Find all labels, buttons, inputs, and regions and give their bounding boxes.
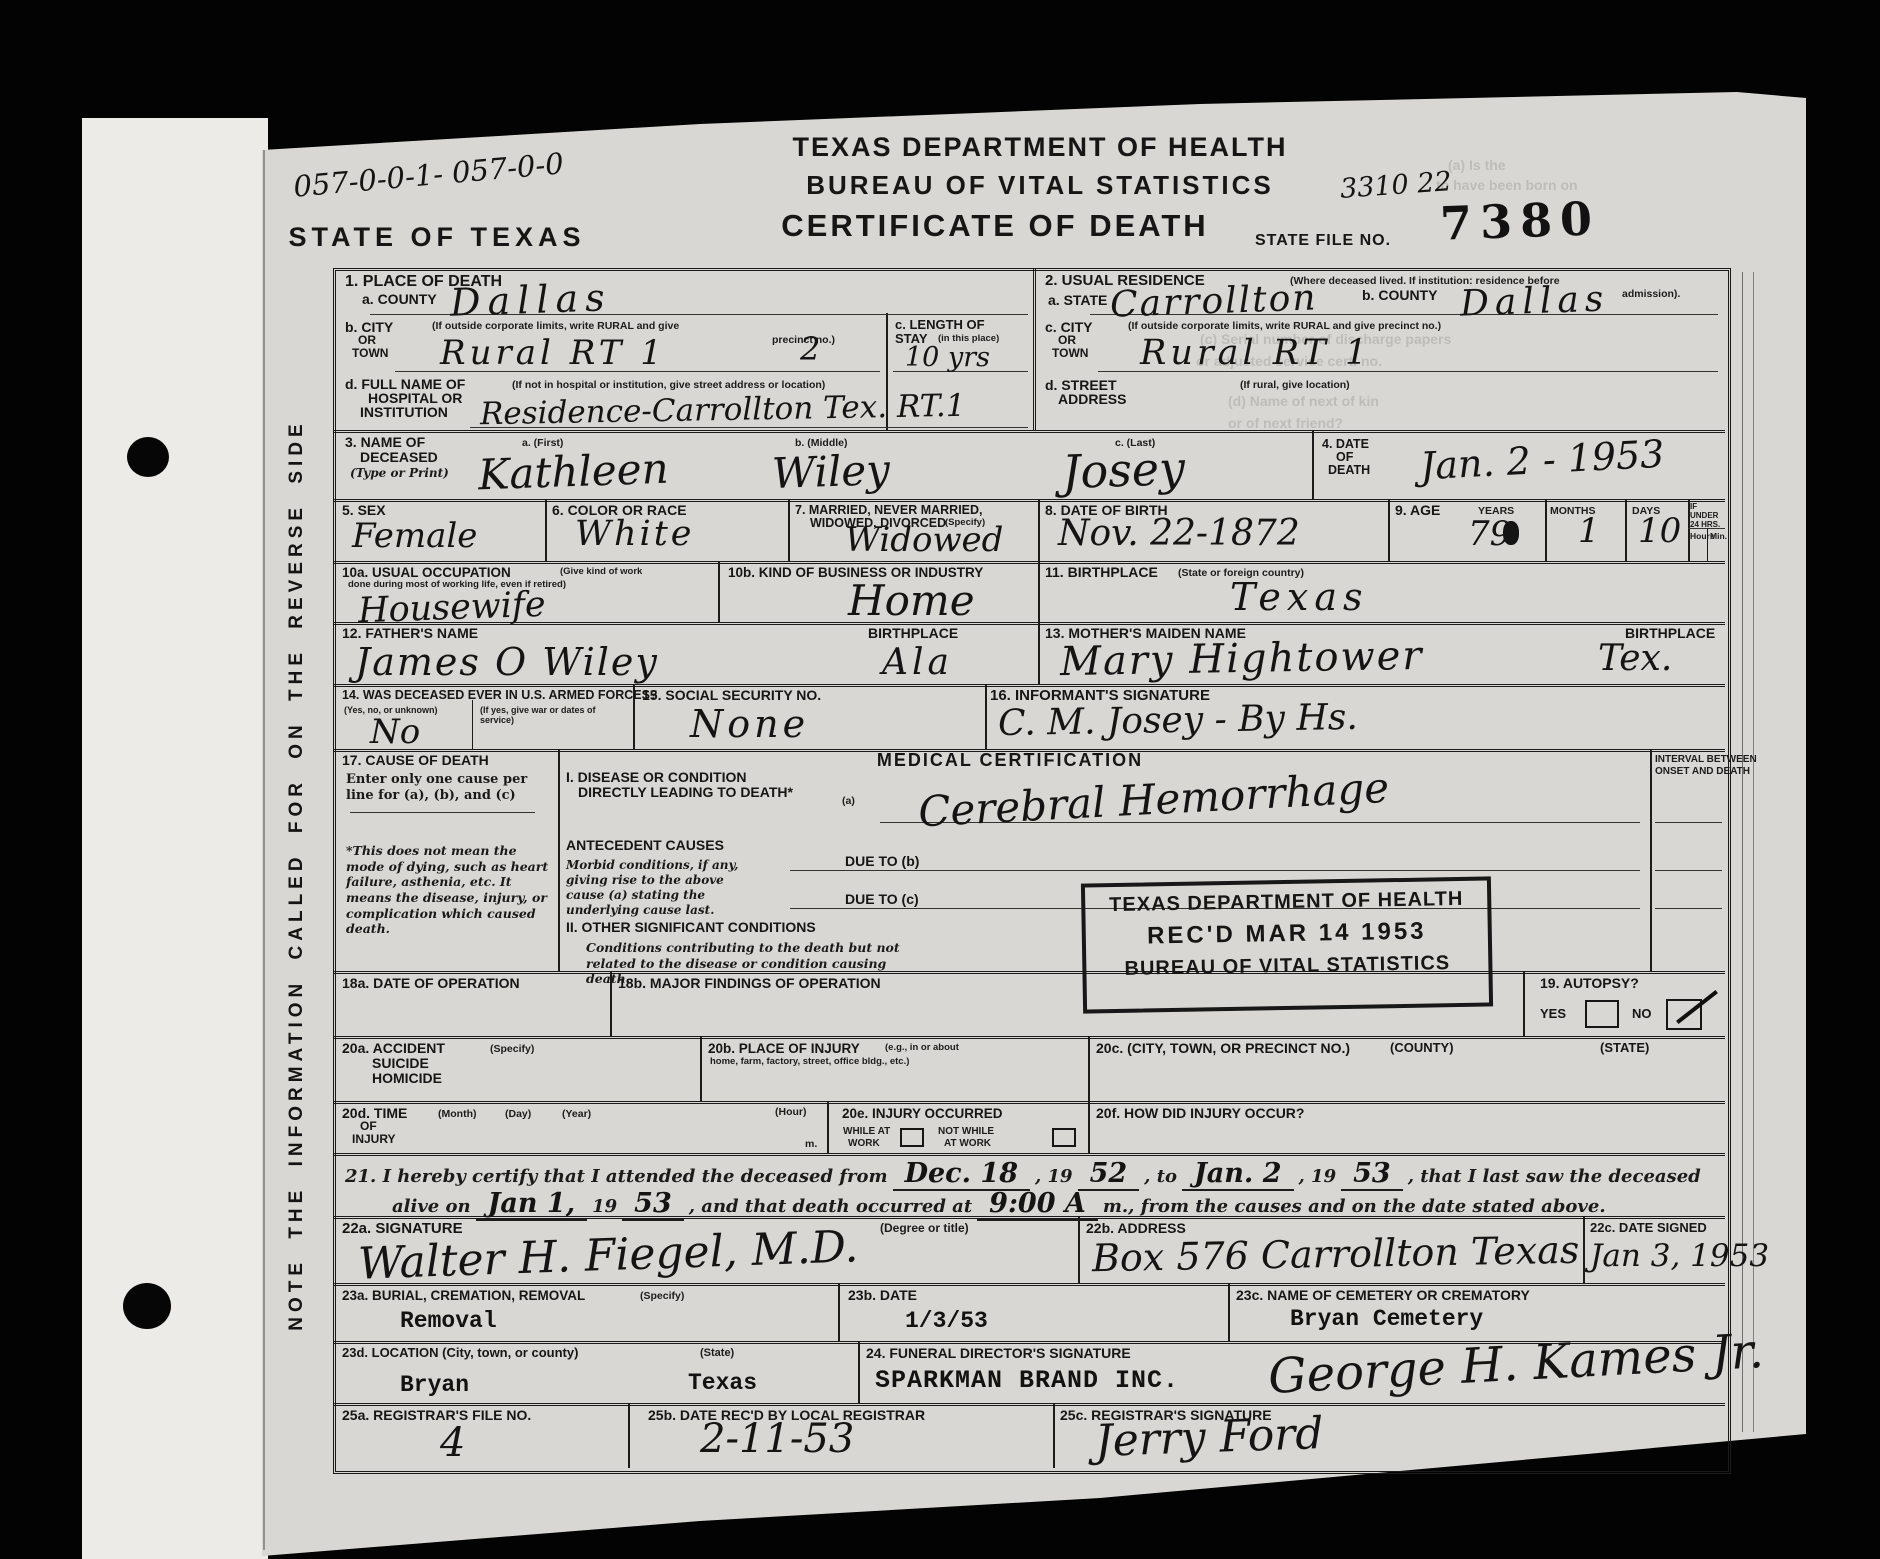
s4-label2: OF [1336, 450, 1353, 464]
s23c-label: 23c. NAME OF CEMETERY OR CREMATORY [1236, 1288, 1530, 1304]
s8-value: Nov. 22-1872 [1058, 513, 1300, 554]
s13-value: Mary Hightower [1060, 633, 1424, 685]
col-line [1053, 1403, 1055, 1468]
col-line [558, 749, 560, 971]
s10b-value: Home [848, 576, 975, 625]
s2a-value: Carrollton [1109, 277, 1318, 325]
s3-middle-value: Wiley [771, 445, 891, 498]
s17-disease-label2: DIRECTLY LEADING TO DEATH* [578, 785, 793, 801]
death-time: 9:00 A [977, 1188, 1098, 1221]
s23d-city-value: Bryan [400, 1372, 469, 1398]
s18a-label: 18a. DATE OF OPERATION [342, 976, 520, 992]
s9-label: 9. AGE [1395, 503, 1440, 519]
bureau-title: BUREAU OF VITAL STATISTICS [700, 171, 1380, 200]
s11-label: 11. BIRTHPLACE [1045, 565, 1158, 581]
s20e-notwhile: NOT WHILE [938, 1126, 994, 1138]
attended-to-date: Jan. 2 [1182, 1158, 1294, 1191]
s2d-note: (If rural, give location) [1240, 379, 1350, 391]
col-line [628, 1403, 630, 1468]
s23a-note: (Specify) [640, 1290, 684, 1302]
s9-days-value: 10 [1638, 511, 1681, 551]
ghost-text: to have been born on [1436, 176, 1578, 194]
s2c-note: (If outside corporate limits, write RURA… [1128, 320, 1441, 332]
s12-value: James O Wiley [355, 640, 659, 684]
state-file-no-value: 7380 [1439, 191, 1601, 251]
certify-text: , that I last saw the deceased [1408, 1166, 1701, 1187]
row-line [333, 1153, 1725, 1156]
s20c-county: (COUNTY) [1390, 1041, 1454, 1056]
certify-text: , 19 [1299, 1166, 1337, 1187]
s16-value: C. M. Josey - By Hs. [998, 697, 1358, 744]
col-line [827, 1101, 829, 1153]
s17-interval-label: INTERVAL BETWEEN [1655, 754, 1721, 766]
s1b-note: (If outside corporate limits, write RURA… [432, 320, 679, 332]
certify-text: , 19 [1035, 1166, 1073, 1187]
punch-hole-top [127, 437, 169, 477]
s10a-label: 10a. USUAL OCCUPATION [342, 565, 511, 580]
certify-statement-line2: alive on Jan 1, 19 53 , and that death o… [392, 1188, 1606, 1221]
s23d-state-note: (State) [700, 1347, 734, 1360]
s3-title3: (Type or Print) [350, 466, 449, 481]
col-line [545, 499, 547, 561]
page-title: CERTIFICATE OF DEATH [705, 209, 1285, 244]
s20c-label: 20c. (CITY, TOWN, OR PRECINCT NO.) [1096, 1041, 1350, 1057]
s1b-value: Rural RT 1 [440, 333, 666, 373]
s1b-label3: TOWN [352, 347, 388, 360]
while-at-work-checkbox [900, 1128, 924, 1147]
s10a-note: (Give kind of work [560, 567, 642, 578]
s2b-label: b. COUNTY [1362, 288, 1437, 304]
col-line [1038, 499, 1040, 561]
s1b-precinct: 2 [800, 330, 820, 368]
s7-label: 7. MARRIED, NEVER MARRIED, [795, 503, 983, 517]
s23d-label: 23d. LOCATION (City, town, or county) [342, 1346, 578, 1361]
s20b-note2: home, farm, factory, street, office bldg… [710, 1057, 909, 1068]
col-line [1228, 1283, 1230, 1341]
s17-morbid-note: Morbid conditions, if any, giving rise t… [566, 858, 766, 918]
s9-months-value: 1 [1578, 511, 1600, 551]
s18b-label: 18b. MAJOR FINDINGS OF OPERATION [618, 976, 881, 992]
certify-text: m., from the causes and on the date stat… [1103, 1196, 1606, 1217]
attended-from-date: Dec. 18 [893, 1158, 1030, 1191]
s2b-value: Dallas [1459, 278, 1610, 324]
s17-antecedent-label: ANTECEDENT CAUSES [566, 838, 724, 854]
s25b-value: 2-11-53 [700, 1416, 854, 1462]
col-line [1088, 1101, 1090, 1153]
s1a-label: a. COUNTY [362, 292, 437, 308]
certify-text: , and that death occurred at [689, 1196, 972, 1217]
s1d-note: (If not in hospital or institution, give… [512, 379, 825, 391]
s17-a-tag: (a) [842, 795, 855, 807]
s20e-label: 20e. INJURY OCCURRED [842, 1106, 1003, 1121]
col-line [718, 561, 720, 622]
s14-value: No [370, 712, 420, 752]
autopsy-yes-checkbox [1585, 1000, 1619, 1028]
certify-statement-line1: 21. I hereby certify that I attended the… [345, 1158, 1701, 1191]
col-line [1088, 1036, 1090, 1101]
s20b-note: (e.g., in or about [885, 1043, 959, 1054]
row-line [333, 499, 1725, 502]
col-line [1583, 1216, 1585, 1283]
s1a-value: Dallas [449, 275, 612, 325]
received-stamp: TEXAS DEPARTMENT OF HEALTH REC'D MAR 14 … [1081, 876, 1493, 1013]
s23b-value: 1/3/53 [905, 1308, 988, 1334]
s15-value: None [690, 702, 809, 746]
entry-rule [790, 870, 1640, 871]
s20a-note: (Specify) [490, 1043, 534, 1055]
punch-hole-bottom [123, 1283, 171, 1329]
s17-label: 17. CAUSE OF DEATH [342, 753, 489, 769]
row-line [333, 1403, 1725, 1406]
s3-title2: DECEASED [360, 450, 438, 466]
s20d-m: m. [805, 1138, 817, 1150]
divider [350, 812, 535, 813]
s14-note2: (If yes, give war or dates of service) [480, 705, 630, 726]
s25a-label: 25a. REGISTRAR'S FILE NO. [342, 1408, 531, 1424]
s22c-value: Jan 3, 1953 [1590, 1238, 1769, 1274]
s20e-while2: WORK [848, 1138, 880, 1150]
col-line [1523, 971, 1525, 1036]
certify-text: alive on [392, 1196, 471, 1217]
col-line [1312, 430, 1314, 499]
s25a-value: 4 [440, 1420, 465, 1466]
from-year: 52 [1078, 1158, 1140, 1191]
s17-interval-label2: ONSET AND DEATH [1655, 766, 1721, 778]
s23a-label: 23a. BURIAL, CREMATION, REMOVAL [342, 1288, 585, 1303]
s20f-label: 20f. HOW DID INJURY OCCUR? [1096, 1106, 1304, 1122]
row-line [333, 1283, 1725, 1286]
s25c-value: Jerry Ford [1094, 1408, 1324, 1467]
s11-value: Texas [1230, 575, 1368, 619]
entry-rule [1655, 822, 1722, 823]
s23b-label: 23b. DATE [848, 1288, 917, 1304]
sheet-edge-line [263, 150, 265, 1550]
col-line [1038, 622, 1040, 684]
row-line [333, 1101, 1725, 1104]
s2c-value: Rural RT 1 [1140, 333, 1371, 373]
s5-value: Female [352, 516, 477, 556]
col-line [1545, 499, 1547, 561]
s2d-label2: ADDRESS [1058, 392, 1126, 408]
certify-text: 21. I hereby certify that I attended the… [345, 1166, 888, 1187]
s19-label: 19. AUTOPSY? [1540, 976, 1639, 992]
department-title: TEXAS DEPARTMENT OF HEALTH [700, 132, 1380, 162]
scanned-death-certificate: (a) Is the to have been born on (c) Seri… [0, 0, 1880, 1559]
s20a-label3: HOMICIDE [372, 1071, 442, 1087]
s22b-value: Box 576 Carrollton Texas [1092, 1228, 1580, 1280]
stamp-line1: TEXAS DEPARTMENT OF HEALTH [1085, 889, 1487, 916]
certify-text: 19 [592, 1196, 617, 1217]
s19-yes-label: YES [1540, 1007, 1566, 1022]
last-seen-date: Jan 1, [476, 1188, 588, 1221]
s17-due-b: DUE TO (b) [845, 854, 919, 870]
medical-certification-title: MEDICAL CERTIFICATION [760, 750, 1260, 770]
col-line [1038, 561, 1040, 622]
s20d-year: (Year) [562, 1108, 591, 1120]
s20d-label3: INJURY [352, 1133, 396, 1146]
s4-label3: DEATH [1328, 463, 1370, 477]
s1d-label3: INSTITUTION [360, 405, 448, 421]
s17-footnote: *This does not mean the mode of dying, s… [346, 843, 551, 937]
s6-value: White [575, 514, 695, 554]
s23a-value: Removal [400, 1308, 497, 1334]
col-line [1650, 749, 1652, 971]
col-line [1033, 268, 1036, 430]
s1c-value: 10 yrs [905, 342, 990, 373]
reverse-side-note: NOTE THE INFORMATION CALLED FOR ON THE R… [286, 419, 308, 1330]
s20e-while: WHILE AT [843, 1126, 890, 1138]
s3-last-value: Josey [1061, 441, 1186, 499]
s24-label: 24. FUNERAL DIRECTOR'S SIGNATURE [866, 1346, 1131, 1362]
col-line [838, 1283, 840, 1341]
ghost-text: (a) Is the [1448, 156, 1506, 174]
col-line [858, 1341, 860, 1403]
s2a-label: a. STATE [1048, 293, 1107, 309]
s20b-label: 20b. PLACE OF INJURY [708, 1041, 860, 1056]
col-line [985, 684, 987, 749]
s17-due-c: DUE TO (c) [845, 892, 919, 908]
s17-other-label: II. OTHER SIGNIFICANT CONDITIONS [566, 920, 816, 936]
s24-firm-value: SPARKMAN BRAND INC. [875, 1366, 1179, 1395]
s12-bp-label: BIRTHPLACE [868, 626, 958, 642]
s3-first-value: Kathleen [477, 444, 669, 500]
stamp-line3: BUREAU OF VITAL STATISTICS [1086, 952, 1488, 979]
s20d-day: (Day) [505, 1108, 531, 1120]
s22a-note: (Degree or title) [880, 1222, 969, 1236]
s2-note2: admission). [1622, 288, 1680, 300]
s20c-state: (STATE) [1600, 1041, 1649, 1056]
col-line [472, 700, 473, 749]
s12-bp-value: Ala [882, 642, 953, 683]
s19-no-label: NO [1632, 1007, 1652, 1022]
s9-under-label: IF UNDER 24 HRS. [1690, 502, 1726, 530]
s4-label: 4. DATE [1322, 437, 1369, 451]
stamp-line2: REC'D MAR 14 1953 [1086, 918, 1488, 949]
row-line [333, 561, 1725, 564]
s20e-notwhile2: AT WORK [944, 1138, 991, 1150]
to-year: 53 [1341, 1158, 1403, 1191]
backing-sheet [82, 118, 268, 1559]
state-file-no-label: STATE FILE NO. [1255, 232, 1391, 250]
certify-text: , to [1144, 1166, 1177, 1187]
s23d-state-value: Texas [688, 1370, 757, 1396]
col-line [1388, 499, 1390, 561]
row-line [333, 971, 1725, 974]
s20d-month: (Month) [438, 1108, 476, 1120]
last-seen-year: 53 [622, 1188, 684, 1221]
s13-bp-value: Tex. [1598, 638, 1672, 679]
col-line [1625, 499, 1627, 561]
ink-blob [1503, 521, 1519, 545]
col-line [700, 1036, 702, 1101]
s2c-label3: TOWN [1052, 347, 1088, 360]
s14-label: 14. WAS DECEASED EVER IN U.S. ARMED FORC… [342, 688, 658, 702]
entry-rule [1655, 908, 1722, 909]
not-while-at-work-checkbox [1052, 1128, 1076, 1147]
s23c-value: Bryan Cemetery [1290, 1306, 1483, 1332]
state-of-texas: STATE OF TEXAS [262, 222, 612, 252]
col-line [788, 499, 790, 561]
s9-min-label: Min. [1710, 532, 1727, 542]
s17-instruction: Enter only one cause per line for (a), (… [346, 772, 546, 805]
s7-value: Widowed [845, 520, 1003, 560]
entry-rule [1655, 870, 1722, 871]
col-line [1078, 1216, 1080, 1283]
s20d-hour: (Hour) [775, 1106, 807, 1118]
row-line [333, 1036, 1725, 1039]
s22c-label: 22c. DATE SIGNED [1590, 1221, 1707, 1236]
